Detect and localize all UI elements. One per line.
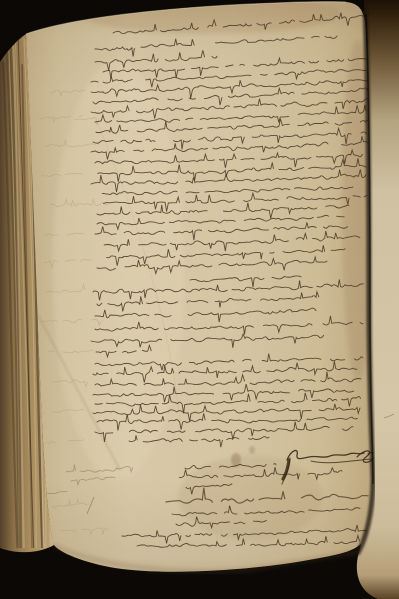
manuscript-photo-canvas	[0, 0, 399, 599]
page	[0, 0, 399, 599]
manuscript-photo: Photograph of a right-hand page in a bou…	[0, 0, 399, 599]
paper-grain-texture	[0, 0, 399, 599]
